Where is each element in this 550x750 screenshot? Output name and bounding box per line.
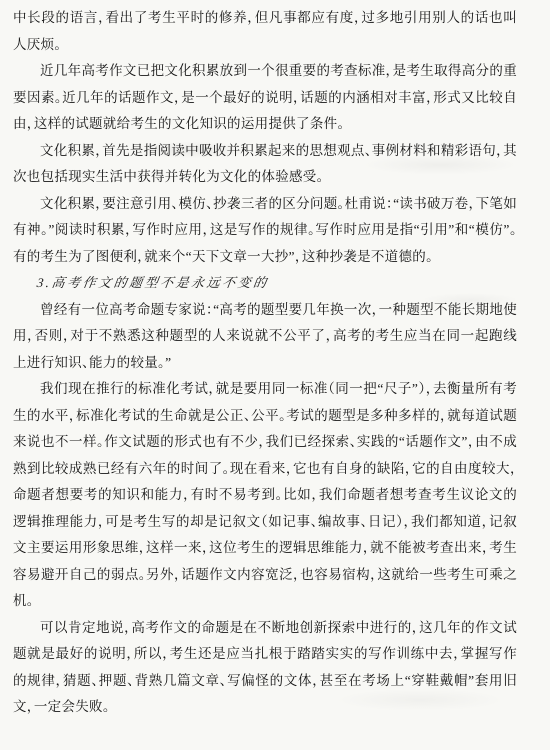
paragraph-standardized-exam: 我们现在推行的标准化考试，就是要用同一标准（同一把“尺子”），去衡量所有考生的水… [13,376,517,615]
paragraph-quote-imitate-plagiarize: 文化积累，要注意引用、模仿、抄袭三者的区分问题。杜甫说：“读书破万卷，下笔如有神… [13,191,517,271]
paragraph-culture-accumulation-definition: 文化积累，首先是指阅读中吸收并积累起来的思想观点、事例材料和精彩语句，其次也包括… [13,138,517,191]
section-heading: 3.高考作文的题型不是永远不变的 [13,270,517,297]
paragraph-continuation: 中长段的语言，看出了考生平时的修养，但凡事都应有度，过多地引用别人的话也叫人厌烦… [13,5,517,58]
paragraph-expert-quote: 曾经有一位高考命题专家说：“高考的题型要几年换一次，一种题型不能长期地使用，否则… [13,297,517,377]
section-heading-text: 3.高考作文的题型不是永远不变的 [35,270,270,297]
paragraph-conclusion: 可以肯定地说，高考作文的命题是在不断地创新探索中进行的，这几年的作文试题就是最好… [13,615,517,721]
paragraph-culture-accumulation-intro: 近几年高考作文已把文化积累放到一个很重要的考查标准，是考生取得高分的重要因素。近… [13,58,517,138]
scanned-document-page: 中长段的语言，看出了考生平时的修养，但凡事都应有度，过多地引用别人的话也叫人厌烦… [0,0,550,750]
